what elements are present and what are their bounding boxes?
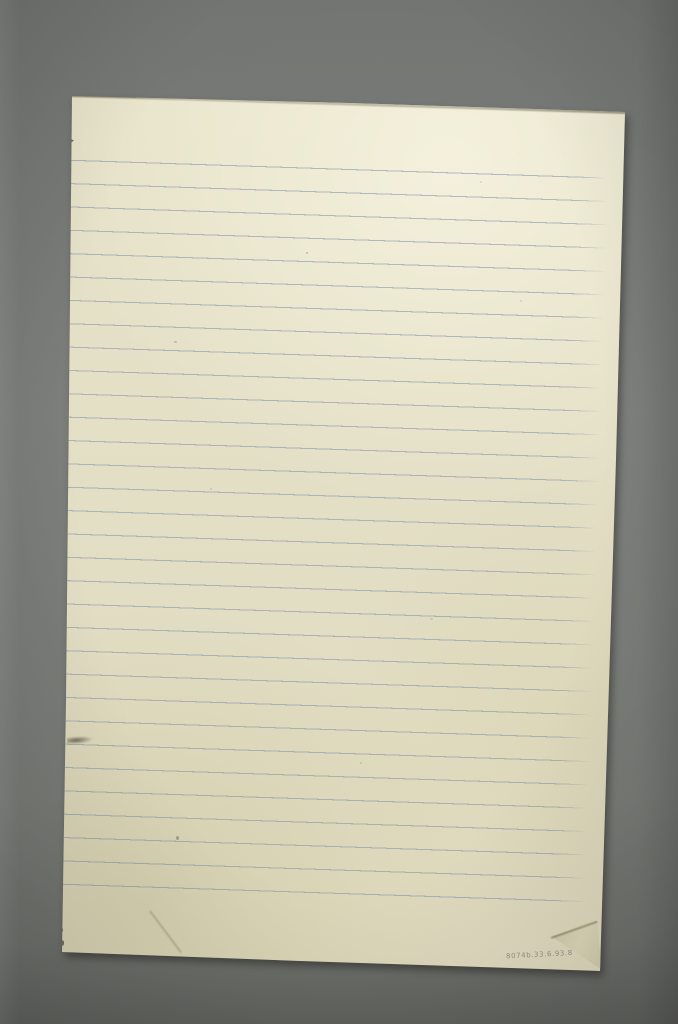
corner-notch xyxy=(56,927,63,933)
corner-notch xyxy=(58,940,64,946)
foxing-speck xyxy=(360,762,362,764)
photo-background: 8074b.33.6.93.8 xyxy=(0,0,678,1024)
foxing-speck xyxy=(210,488,212,490)
ruled-lines xyxy=(33,137,609,903)
archival-inscription: 8074b.33.6.93.8 xyxy=(506,949,598,961)
paper-crease xyxy=(149,910,182,952)
foxing-speck xyxy=(176,836,179,840)
foxing-speck xyxy=(430,618,433,620)
foxing-speck xyxy=(480,181,482,183)
top-edge-shadow xyxy=(71,94,627,114)
foxing-speck xyxy=(174,341,177,343)
paper-sheet: 8074b.33.6.93.8 xyxy=(0,0,678,1024)
foxing-speck xyxy=(520,300,522,302)
paper-surface: 8074b.33.6.93.8 xyxy=(0,0,678,1024)
corner-fold xyxy=(545,915,605,973)
foxing-speck xyxy=(306,252,308,254)
